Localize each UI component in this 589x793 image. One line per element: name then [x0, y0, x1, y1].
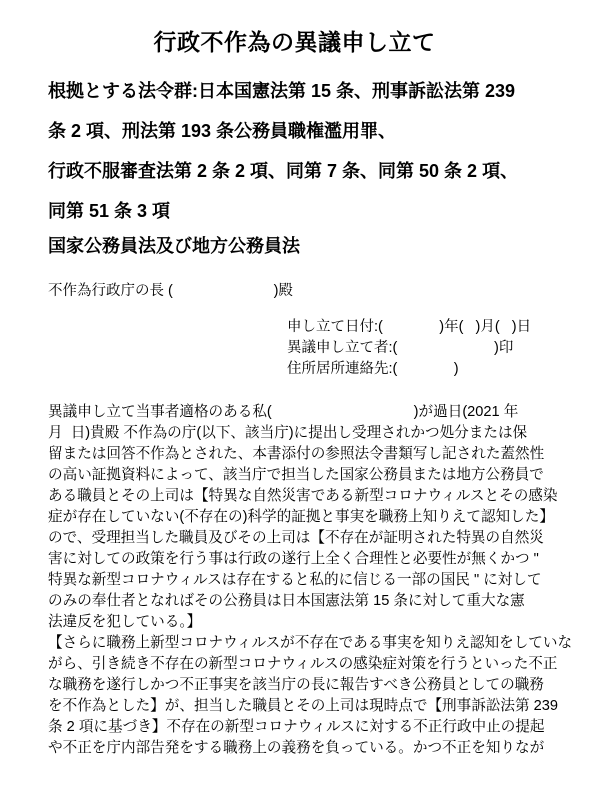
legal-basis-line-3: 行政不服審査法第 2 条 2 項、同第 7 条、同第 50 条 2 項、 [48, 151, 549, 191]
body-line-6: 症が存在していない(不存在の)科学的証拠と事実を職務上知りえて認知した】 [48, 507, 551, 528]
body-line-8: 害に対しての政策を行う事は行政の遂行上全く合理性と必要性が無くかつ " [48, 549, 551, 570]
body-line-1: 異議申し立て当事者適格のある私( )が過日(2021 年 [48, 402, 551, 423]
body-line-13: がら、引き続き不存在の新型コロナウィルスの感染症対策を行うといった不正 [48, 654, 551, 675]
body-line-16: 条 2 項に基づき】不存在の新型コロナウィルスに対する不正行政中止の提起 [48, 717, 551, 738]
legal-basis-line-5: 国家公務員法及び地方公務員法 [48, 231, 549, 261]
body-line-10: のみの奉仕者となればその公務員は日本国憲法第 15 条に対して重大な憲 [48, 591, 551, 612]
body-line-11: 法違反を犯している。】 [48, 612, 551, 633]
filing-date-line: 申し立て日付:( )年( )月( )日 [287, 317, 589, 338]
body-line-9: 特異な新型コロナウィルスは存在すると私的に信じる一部の国民 " に対して [48, 570, 551, 591]
body-line-14: な職務を遂行しかつ不正事実を該当庁の長に報告すべき公務員としての職務 [48, 675, 551, 696]
legal-basis-line-2: 条 2 項、刑法第 193 条公務員職権濫用罪、 [48, 111, 549, 151]
body-line-17: や不正を庁内部告発をする職務上の義務を負っている。かつ不正を知りなが [48, 738, 551, 759]
legal-basis-section: 根拠とする法令群:日本国憲法第 15 条、刑事訴訟法第 239 条 2 項、刑法… [48, 71, 549, 261]
document-title: 行政不作為の異議申し立て [0, 0, 589, 56]
body-line-5: ある職員とその上司は【特異な自然災害である新型コロナウィルスとその感染 [48, 486, 551, 507]
legal-basis-line-4: 同第 51 条 3 項 [48, 191, 549, 231]
filing-info-block: 申し立て日付:( )年( )月( )日 異議申し立て者:( )印 住所居所連絡先… [287, 317, 589, 380]
legal-basis-line-1: 根拠とする法令群:日本国憲法第 15 条、刑事訴訟法第 239 [48, 71, 549, 111]
addressee-line: 不作為行政庁の長 ( )殿 [48, 281, 589, 301]
body-line-3: 留または回答不作為とされた、本書添付の参照法令書類写し記された蓋然性 [48, 444, 551, 465]
objector-name-line: 異議申し立て者:( )印 [287, 338, 589, 359]
body-line-7: ので、受理担当した職員及びその上司は【不存在が証明された特異の自然災 [48, 528, 551, 549]
document-page: 行政不作為の異議申し立て 根拠とする法令群:日本国憲法第 15 条、刑事訴訟法第… [0, 0, 589, 793]
body-text-section: 異議申し立て当事者適格のある私( )が過日(2021 年 月 日)貴殿 不作為の… [48, 402, 551, 759]
address-contact-line: 住所居所連絡先:( ) [287, 359, 589, 380]
body-line-2: 月 日)貴殿 不作為の庁(以下、該当庁)に提出し受理されかつ処分または保 [48, 423, 551, 444]
body-line-12: 【さらに職務上新型コロナウィルスが不存在である事実を知りえ認知をしていな [48, 633, 551, 654]
body-line-4: の高い証拠資料によって、該当庁で担当した国家公務員または地方公務員で [48, 465, 551, 486]
body-line-15: を不作為とした】が、担当した職員とその上司は現時点で【刑事訴訟法第 239 [48, 696, 551, 717]
